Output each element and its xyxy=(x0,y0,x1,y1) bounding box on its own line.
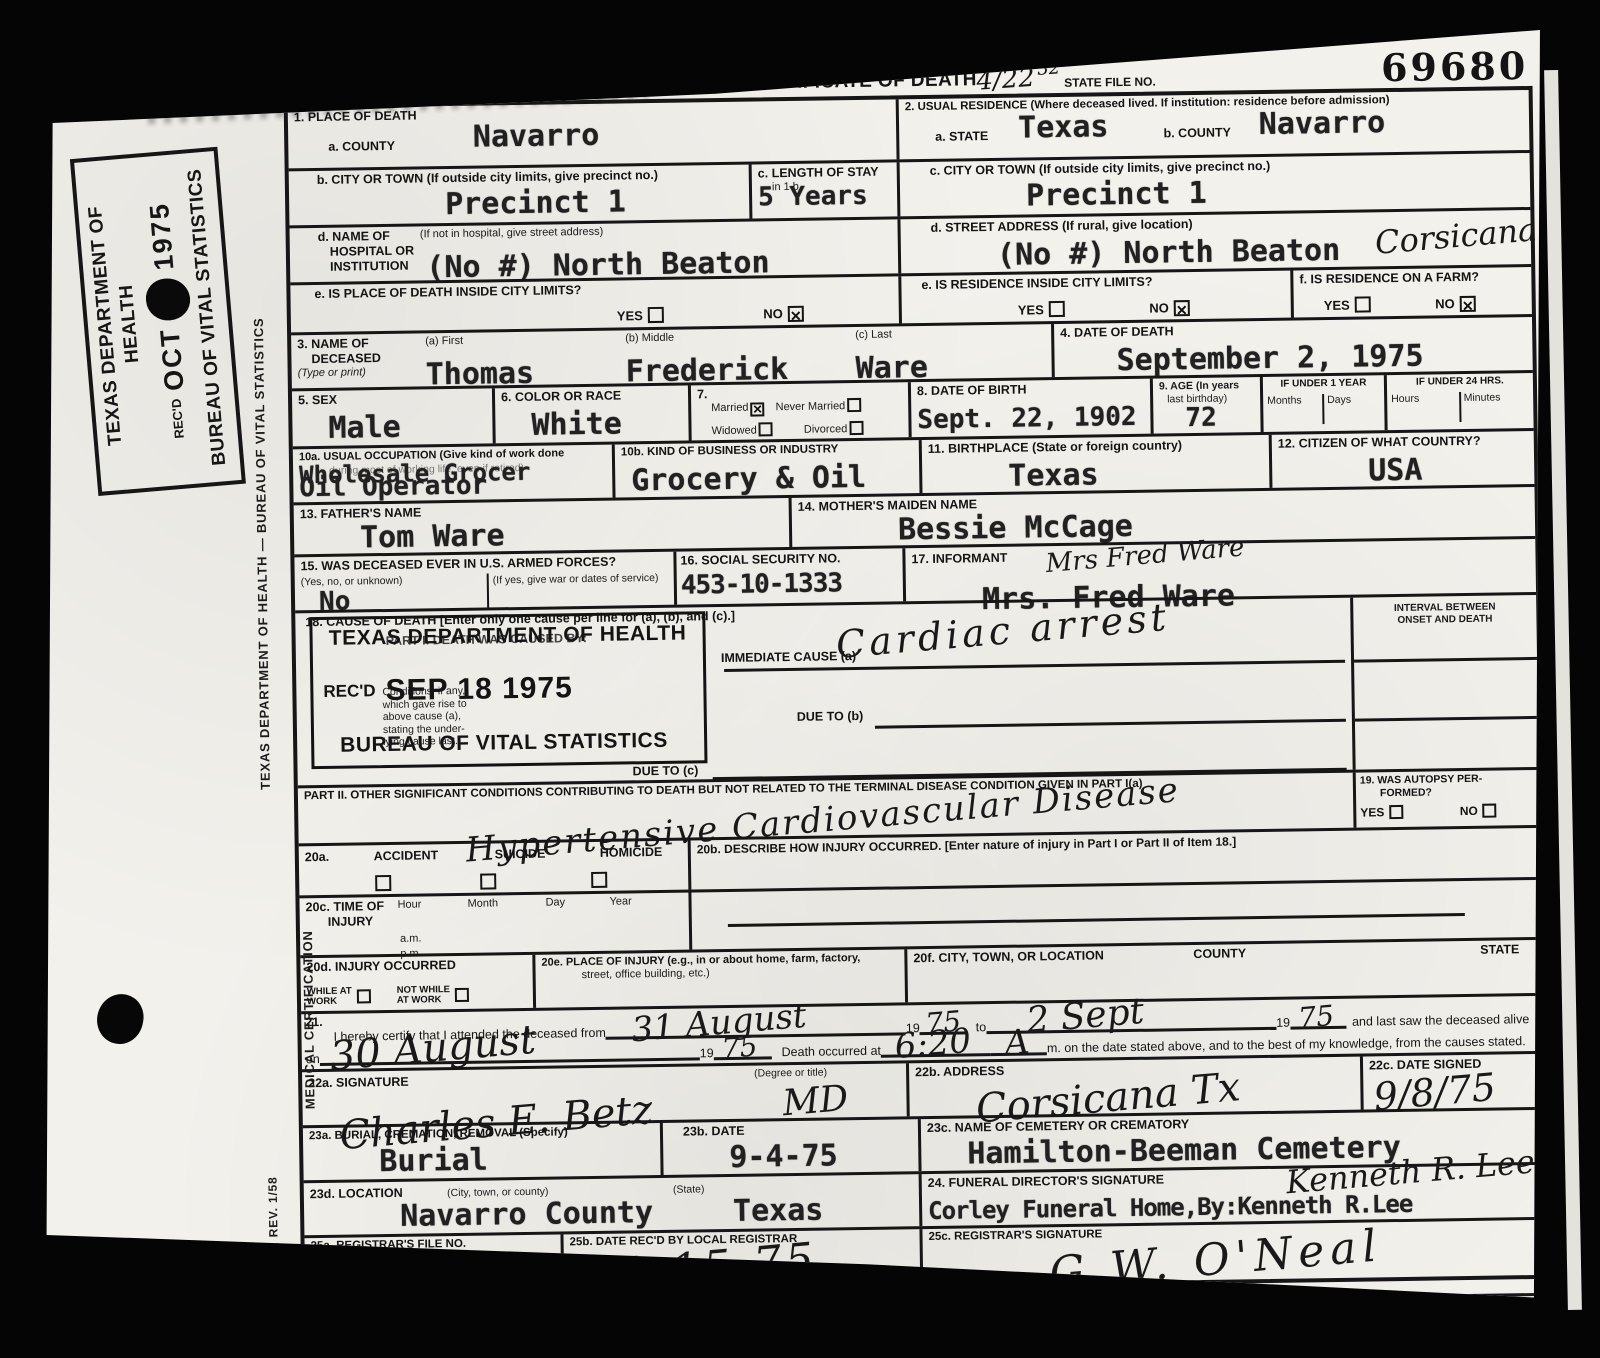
field-1d-label3: INSTITUTION xyxy=(330,259,414,275)
field-23d-location: 23d. LOCATION (City, town, or county) (S… xyxy=(304,1174,920,1235)
state-file-number: 69680 xyxy=(1381,49,1529,85)
left-margin: TEXAS DEPARTMENT OF HEALTH REC'D OCT 197… xyxy=(37,49,302,1323)
field-19-no-label: NO xyxy=(1460,804,1478,818)
field-22c-date-signed: 22c. DATE SIGNED 9/8/75 xyxy=(1360,1054,1544,1110)
field-3-middle-label: (b) Middle xyxy=(625,329,855,346)
field-15-sub2: (If yes, give war or dates of service) xyxy=(487,571,674,608)
field-15-armed-forces: 15. WAS DECEASED EVER IN U.S. ARMED FORC… xyxy=(294,552,674,611)
field-1d-label2: HOSPITAL OR xyxy=(330,244,414,260)
field-10b-value: Grocery & Oil xyxy=(631,462,913,496)
field-1d-hospital: d. NAME OF HOSPITAL OR INSTITUTION (If n… xyxy=(290,219,899,282)
field-1c-label: c. LENGTH OF STAY xyxy=(758,164,891,181)
widowed-checkbox xyxy=(759,422,773,436)
field-23a-value: Burial xyxy=(379,1143,654,1177)
field-8-dob: 8. DATE OF BIRTH Sept. 22, 1902 xyxy=(908,379,1151,438)
due-to-c-label: DUE TO (c) xyxy=(633,763,699,779)
field-2e-no-label: NO xyxy=(1149,300,1169,315)
hole-punch-mark xyxy=(93,990,148,1048)
never-married-label: Never Married xyxy=(775,400,845,413)
field-1d-label1: d. NAME OF xyxy=(318,229,414,245)
field-5-value: Male xyxy=(328,411,486,443)
field-20d-injury-occurred: 20d. INJURY OCCURRED WHILE AT WORK NOT W… xyxy=(300,955,533,1011)
handwritten-number-right: 4/22 xyxy=(976,68,1036,93)
field-1e-no-label: NO xyxy=(763,306,783,321)
field-17-label: 17. INFORMANT xyxy=(911,551,1007,566)
attended-to-year: 75 xyxy=(1297,999,1335,1035)
field-2f-yes-label: YES xyxy=(1324,298,1350,313)
field-2e-no-mark: ✕ xyxy=(1176,302,1188,318)
accident-label: ACCIDENT xyxy=(374,848,439,863)
field-2-usual-residence: 2. USUAL RESIDENCE (Where deceased lived… xyxy=(896,90,1530,159)
minutes-label: Minutes xyxy=(1459,391,1532,422)
field-19-yes-label: YES xyxy=(1360,805,1384,819)
stamp18-date: SEP 18 1975 xyxy=(385,671,573,708)
field-23b-value: 9-4-75 xyxy=(729,1140,912,1173)
state-file-no-label: STATE FILE NO. xyxy=(1064,75,1156,90)
field-16-ssn: 16. SOCIAL SECURITY NO. 453-10-1333 xyxy=(673,548,903,604)
handwritten-number-mid: 175-00 xyxy=(633,68,740,99)
field-20c-time: 20c. TIME OF INJURY Hour Month Day Year … xyxy=(299,893,689,956)
not-while-at-work-checkbox xyxy=(455,988,469,1002)
field-20e-place-of-injury: 20e. PLACE OF INJURY (e.g., in or about … xyxy=(532,949,905,1008)
field-9-age: 9. AGE (In years last birthday) 72 xyxy=(1150,377,1261,434)
bureau-received-stamp: TEXAS DEPARTMENT OF HEALTH REC'D SEP 18 … xyxy=(309,611,707,769)
field-25b-date-recd: 25b. DATE REC'D BY LOCAL REGISTRAR 9-15-… xyxy=(560,1229,920,1289)
field-9-under-24-hrs: IF UNDER 24 HRS. Hours Minutes xyxy=(1384,373,1534,430)
stamp-month: OCT xyxy=(155,327,191,392)
field-2f-no-label: NO xyxy=(1435,296,1455,311)
field-22b-address: 22b. ADDRESS Corsicana Tx xyxy=(906,1057,1361,1117)
married-checkbox: ✕ xyxy=(750,402,764,416)
field-3-last-label: (c) Last xyxy=(855,326,1045,342)
field-17-informant: 17. INFORMANT Mrs Fred Ware Mrs. Fred Wa… xyxy=(902,539,1536,601)
field-1b-city: b. CITY OR TOWN (If outside city limits,… xyxy=(289,165,750,226)
field-23d-value2: Texas xyxy=(733,1196,824,1227)
year-prefix-2: 19 xyxy=(1276,1016,1290,1030)
hour-label: Hour xyxy=(397,898,467,929)
field-1a-value: Navarro xyxy=(473,121,600,153)
hours-label: Hours xyxy=(1389,392,1459,423)
field-16-value: 453-10-1333 xyxy=(681,569,901,598)
field-1a-label: a. COUNTY xyxy=(328,139,395,155)
handwritten-number-left: 175-00-1 xyxy=(439,70,575,103)
field-1e-no-checkbox: ✕ xyxy=(788,306,804,322)
adjacent-page-edge xyxy=(1544,70,1582,1310)
field-6-race: 6. COLOR OR RACE White xyxy=(492,385,689,443)
page-edge-line xyxy=(302,1293,1551,1315)
stamp18-recd: REC'D xyxy=(323,681,376,702)
field-23d-label: 23d. LOCATION xyxy=(310,1186,403,1201)
field-2e-yes-checkbox xyxy=(1049,301,1065,317)
days-label: Days xyxy=(1322,393,1382,424)
margin-department-text: TEXAS DEPARTMENT OF HEALTH — BUREAU OF V… xyxy=(250,230,273,790)
field-2e-no-checkbox: ✕ xyxy=(1174,300,1190,316)
field-1d-paren: (If not in hospital, give street address… xyxy=(420,223,769,241)
field-23a-burial: 23a. BURIAL, CREMATION, REMOVAL (Specify… xyxy=(303,1123,661,1180)
interval-column: INTERVAL BETWEEN ONSET AND DEATH xyxy=(1350,595,1539,770)
field-9-value: 72 xyxy=(1185,404,1254,431)
field-5-sex: 5. SEX Male xyxy=(292,388,493,446)
while-at-work-checkbox xyxy=(357,990,371,1004)
day-label: Day xyxy=(545,896,609,927)
ink-blob xyxy=(144,276,191,322)
stamp18-line1: TEXAS DEPARTMENT OF HEALTH xyxy=(312,622,702,649)
field-13-father: 13. FATHER'S NAME Tom Ware xyxy=(294,498,790,554)
field-2b-value: Navarro xyxy=(1259,108,1386,140)
homicide-checkbox xyxy=(591,872,607,888)
field-3-label3: (Type or print) xyxy=(298,365,426,380)
field-1b-label: b. CITY OR TOWN (If outside city limits,… xyxy=(317,167,743,188)
field-20f-label: 20f. CITY, TOWN, OR LOCATION xyxy=(913,947,1194,1000)
field-22a-signature: 22a. SIGNATURE (Degree or title) Charles… xyxy=(302,1063,907,1125)
year-label: Year xyxy=(609,895,632,925)
field-4-label: 4. DATE OF DEATH xyxy=(1060,319,1526,341)
field-20f-location: 20f. CITY, TOWN, OR LOCATION COUNTY STAT… xyxy=(904,940,1542,1002)
field-2e-label: e. IS RESIDENCE INSIDE CITY LIMITS? xyxy=(921,273,1284,293)
field-23a-label: 23a. BURIAL, CREMATION, REMOVAL (Specify… xyxy=(309,1125,654,1144)
field-2c-value: Precinct 1 xyxy=(1026,174,1524,211)
field-22a-label: 22a. SIGNATURE xyxy=(308,1075,409,1090)
field-6-label: 6. COLOR OR RACE xyxy=(501,388,682,406)
month-label: Month xyxy=(467,897,545,928)
field-8-label: 8. DATE OF BIRTH xyxy=(917,381,1144,399)
divorced-label: Divorced xyxy=(804,423,848,436)
field-10a-value2: Oil Operator xyxy=(299,472,487,501)
field-19-yes-checkbox xyxy=(1389,805,1403,819)
suicide-checkbox xyxy=(481,873,497,889)
injury-answer-line xyxy=(728,913,1465,927)
interval-line-b xyxy=(1355,716,1538,722)
field-9-under-1-year: IF UNDER 1 YEAR Months Days xyxy=(1260,375,1385,432)
field-2f-no-mark: ✕ xyxy=(1462,298,1474,314)
field-19-no-checkbox xyxy=(1483,804,1497,818)
handwritten-number-right-small: 32 xyxy=(1037,61,1061,77)
field-2f-farm: f. IS RESIDENCE ON A FARM? YES NO✕ xyxy=(1290,267,1532,318)
received-date-stamp: TEXAS DEPARTMENT OF HEALTH REC'D OCT 197… xyxy=(70,147,246,496)
state-label: STATE xyxy=(1480,942,1520,992)
field-11-birthplace: 11. BIRTHPLACE (State or foreign country… xyxy=(919,435,1270,493)
stamp-year: 1975 xyxy=(144,201,181,271)
field-2c-city: c. CITY OR TOWN (If outside city limits,… xyxy=(897,153,1531,216)
field-1e-label: e. IS PLACE OF DEATH INSIDE CITY LIMITS? xyxy=(314,278,892,302)
field-1c-length-of-stay: c. LENGTH OF STAY in 1 b. 5 Years xyxy=(749,162,898,218)
field-18-cause: 18. CAUSE OF DEATH [Enter only one cause… xyxy=(295,598,1352,786)
field-23b-date: 23b. DATE 9-4-75 xyxy=(660,1119,919,1175)
under-1-year-label: IF UNDER 1 YEAR xyxy=(1265,377,1382,391)
married-label: Married xyxy=(711,402,748,415)
field-1b-value: Precinct 1 xyxy=(445,186,743,220)
county-label: COUNTY xyxy=(1193,944,1404,996)
field-1c-value: 5 Years xyxy=(758,183,891,211)
field-20c-label2: INJURY xyxy=(328,914,398,930)
field-23d-sub2: (State) xyxy=(673,1183,705,1195)
attended-to-handwriting: 2 Sept xyxy=(1024,991,1145,1042)
field-11-value: Texas xyxy=(1008,458,1263,492)
field-7-marital-status: 7. Married✕ Never Married Widowed Divorc… xyxy=(688,382,909,440)
field-2d-street: d. STREET ADDRESS (If rural, give locati… xyxy=(897,210,1531,273)
field-10a-occupation: 10a. USUAL OCCUPATION (Give kind of work… xyxy=(293,445,613,503)
field-2f-yes-checkbox xyxy=(1355,296,1371,312)
divorced-checkbox xyxy=(849,421,863,435)
field-23b-label: 23b. DATE xyxy=(683,1121,912,1139)
field-2b-label: b. COUNTY xyxy=(1163,125,1231,141)
under-24-label: IF UNDER 24 HRS. xyxy=(1389,375,1531,389)
last-seen-year: 75 xyxy=(720,1029,758,1065)
form-code: VS-112, REV. 1/58 xyxy=(265,1130,281,1290)
accident-checkbox xyxy=(375,875,391,891)
field-2a-value: Texas xyxy=(1018,112,1109,143)
field-2f-label: f. IS RESIDENCE ON A FARM? xyxy=(1299,269,1525,287)
married-mark: ✕ xyxy=(752,402,762,416)
field-19-label2: FORMED? xyxy=(1380,785,1535,800)
certificate-content: TEXAS DEPARTMENT OF HEALTH REC'D OCT 197… xyxy=(37,31,1546,1323)
field-11-label: 11. BIRTHPLACE (State or foreign country… xyxy=(928,437,1263,457)
row-cause-of-death: 18. CAUSE OF DEATH [Enter only one cause… xyxy=(295,592,1538,785)
field-1-place-of-death: 1. PLACE OF DEATH a. COUNTY Navarro xyxy=(288,99,897,168)
field-2e-yes-label: YES xyxy=(1018,302,1044,317)
form-area: STATE OF TEXAS 175-00-1 175-00 CERTIFICA… xyxy=(283,39,1551,1314)
field-2a-label: a. STATE xyxy=(935,129,988,145)
field-25c-registrar-signature: 25c. REGISTRAR'S SIGNATURE G W. O'Neal xyxy=(919,1220,1546,1284)
field-12-value: USA xyxy=(1368,454,1528,486)
field-4-date-of-death: 4. DATE OF DEATH September 2, 1975 xyxy=(1051,317,1533,377)
death-certificate-scan: TEXAS DEPARTMENT OF HEALTH REC'D OCT 197… xyxy=(36,14,1546,1344)
field-10b-business: 10b. KIND OF BUSINESS OR INDUSTRY Grocer… xyxy=(612,440,920,498)
state-of-texas-label: STATE OF TEXAS xyxy=(289,84,411,102)
field-6-value: White xyxy=(531,409,682,441)
widowed-label: Widowed xyxy=(711,424,756,437)
year-prefix-3: 19 xyxy=(700,1046,714,1060)
field-8-value: Sept. 22, 1902 xyxy=(917,404,1144,433)
death-time-ampm: A xyxy=(1003,1022,1031,1064)
field-20a-manner: 20a. ACCIDENT SUICIDE HOMICIDE xyxy=(299,841,689,896)
form-grid: 1. PLACE OF DEATH a. COUNTY Navarro 2. U… xyxy=(284,86,1551,1297)
due-to-b-label: DUE TO (b) xyxy=(797,709,864,725)
interval-line-a xyxy=(1354,657,1537,663)
suicide-label: SUICIDE xyxy=(495,847,546,862)
certify-text-3: and last saw the deceased alive xyxy=(1352,1012,1529,1029)
field-1e-yes-checkbox xyxy=(648,307,664,323)
homicide-label: HOMICIDE xyxy=(600,845,663,860)
field-20d-label: 20d. INJURY OCCURRED xyxy=(306,957,526,975)
field-5-label: 5. SEX xyxy=(298,390,486,408)
field-16-label: 16. SOCIAL SECURITY NO. xyxy=(680,550,900,568)
field-1e-yes-label: YES xyxy=(617,308,643,323)
field-3-label2: DECEASED xyxy=(311,350,425,367)
field-10b-label: 10b. KIND OF BUSINESS OR INDUSTRY xyxy=(621,442,913,460)
field-23d-value1: Navarro County xyxy=(400,1198,653,1232)
months-label: Months xyxy=(1265,394,1322,425)
field-2f-no-checkbox: ✕ xyxy=(1460,296,1476,312)
field-3-first-label: (a) First xyxy=(425,332,625,348)
never-married-checkbox xyxy=(847,398,861,412)
stamp18-line3: BUREAU OF VITAL STATISTICS xyxy=(340,729,704,755)
certify-text-to: to xyxy=(976,1020,987,1034)
cause-line-b xyxy=(875,719,1346,729)
not-while-label2: AT WORK xyxy=(397,996,450,1007)
field-12-label: 12. CITIZEN OF WHAT COUNTRY? xyxy=(1278,433,1528,452)
interval-label-2: ONSET AND DEATH xyxy=(1359,613,1530,628)
certificate-title: CERTIFICATE OF DEATH xyxy=(744,69,977,94)
field-12-citizen: 12. CITIZEN OF WHAT COUNTRY? USA xyxy=(1269,431,1535,488)
field-20c-label1: 20c. TIME OF xyxy=(305,899,397,915)
stamp-recd-label: REC'D xyxy=(169,398,187,439)
field-19-autopsy: 19. WAS AUTOPSY PER- FORMED? YES NO xyxy=(1353,770,1540,828)
field-1e-no-mark: ✕ xyxy=(790,308,802,324)
am-label: a.m. xyxy=(400,929,683,946)
field-2e-residence-limits: e. IS RESIDENCE INSIDE CITY LIMITS? YES … xyxy=(898,271,1291,324)
field-25a-file-no: 25a. REGISTRAR'S FILE NO. 45 xyxy=(304,1234,561,1293)
death-occurred-text: Death occurred at xyxy=(781,1044,881,1059)
